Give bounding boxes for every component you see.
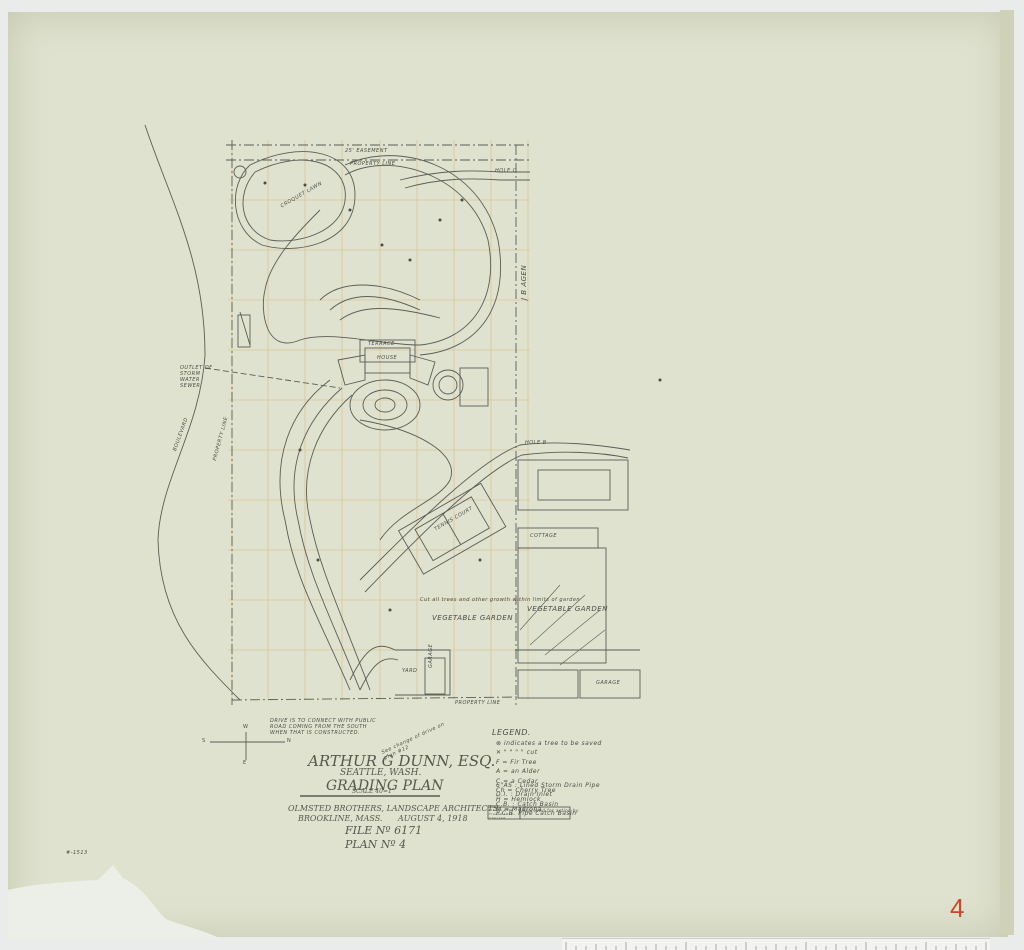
legend-item: 6"AS : Lined Storm Drain Pipe xyxy=(496,781,600,790)
terrace-label: TERRACE xyxy=(368,341,395,347)
vegetable-garden-right-label: VEGETABLE GARDEN xyxy=(527,605,608,613)
hole-b-label: HOLE B xyxy=(525,440,547,446)
garage-label: GARAGE xyxy=(428,644,434,668)
legend-item: F = Fir Tree xyxy=(496,758,602,767)
firm-name: OLMSTED BROTHERS, LANDSCAPE ARCHITECTS xyxy=(288,804,498,813)
property-line-top-label: PROPERTY LINE xyxy=(350,161,395,167)
outlet-note: OUTLET OF STORM WATER SEWER xyxy=(180,365,220,389)
neighbor-label: J B AGEN xyxy=(520,265,528,300)
house-label: HOUSE xyxy=(377,355,397,361)
legend-item: D.I. : Drain Inlet xyxy=(496,790,600,799)
cut-note: Cut all trees and other growth within li… xyxy=(420,597,580,603)
scale-label: SCALE 40=1" xyxy=(352,788,395,795)
legend-title: LEGEND. xyxy=(492,728,531,737)
legend-item: ⊗ indicates a tree to be saved xyxy=(496,739,602,748)
accession-mark: #-1513 xyxy=(66,850,88,856)
approval-left: Plan in 1918 Traced 1918 Checked xyxy=(489,808,519,820)
approval-right: Approved for action by xyxy=(522,808,579,813)
vegetable-garden-left-label: VEGETABLE GARDEN xyxy=(432,614,513,622)
yard-label: YARD xyxy=(402,668,417,674)
north-arrow-n: N xyxy=(287,738,291,744)
legend-item: A = an Alder xyxy=(496,767,602,776)
easement-label: 25' EASEMENT xyxy=(345,148,388,154)
file-number: FILE Nº 6171 xyxy=(345,824,422,837)
property-line-bottom-label: PROPERTY LINE xyxy=(455,700,500,706)
torn-corner xyxy=(8,860,228,940)
tree-symbols xyxy=(264,182,662,612)
drive-note: DRIVE IS TO CONNECT WITH PUBLIC ROAD COM… xyxy=(270,718,380,736)
scale-ruler xyxy=(562,938,990,950)
location: SEATTLE, WASH. xyxy=(340,768,421,778)
plan-date: AUGUST 4, 1918 xyxy=(398,814,468,823)
cottage-label: COTTAGE xyxy=(530,533,557,539)
hole-c-label: HOLE C xyxy=(495,168,517,174)
legend-item: ✕ " " " " cut xyxy=(496,748,602,757)
sheet-number: 4 xyxy=(950,893,964,924)
north-arrow-s: S xyxy=(202,738,206,744)
plan-number: PLAN Nº 4 xyxy=(345,838,406,851)
plan-linework xyxy=(145,125,640,819)
firm-location: BROOKLINE, MASS. xyxy=(298,814,382,823)
north-arrow-e: E xyxy=(243,760,247,766)
north-arrow-w: W xyxy=(243,724,248,730)
garage-right-label: GARAGE xyxy=(596,680,620,686)
